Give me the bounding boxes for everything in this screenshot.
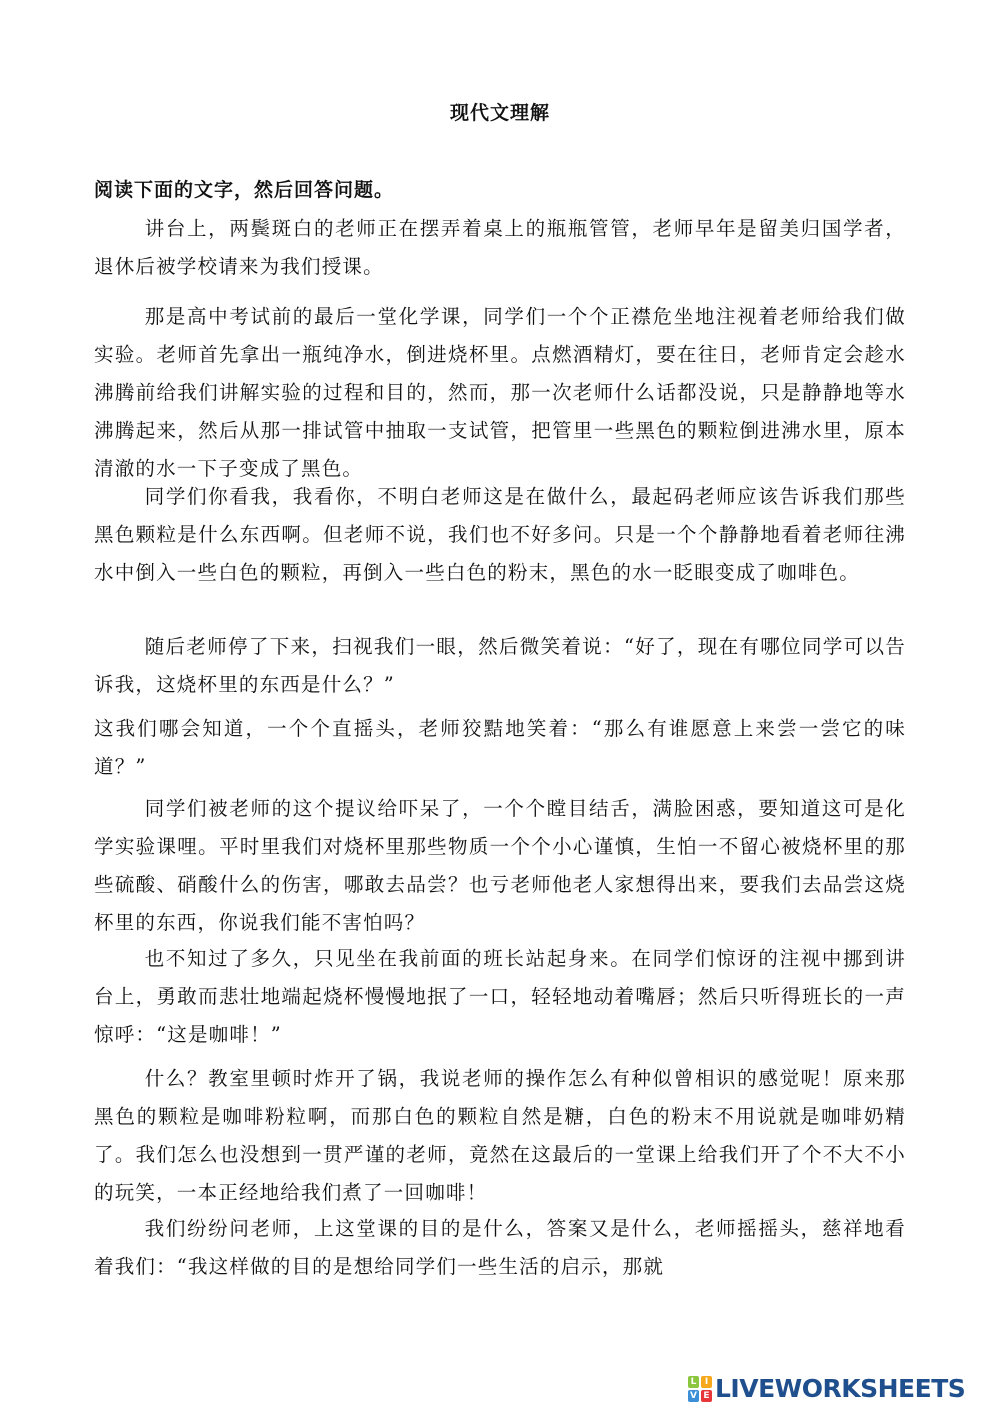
live-blocks-icon: L I V E	[688, 1376, 712, 1402]
logo-block-i: I	[701, 1376, 712, 1388]
logo-block-e: E	[701, 1390, 712, 1402]
paragraph-8: 什么？教室里顿时炸开了锅，我说老师的操作怎么有种似曾相识的感觉呢！原来那黑色的颗…	[94, 1060, 906, 1212]
paragraph-9: 我们纷纷问老师，上这堂课的目的是什么，答案又是什么，老师摇摇头，慈祥地看着我们：…	[94, 1210, 906, 1286]
document-title: 现代文理解	[94, 98, 906, 125]
liveworksheets-logo: L I V E LIVEWORKSHEETS	[688, 1374, 965, 1403]
paragraph-1: 讲台上，两鬓斑白的老师正在摆弄着桌上的瓶瓶管管，老师早年是留美归国学者，退休后被…	[94, 210, 906, 286]
logo-text: LIVEWORKSHEETS	[715, 1374, 965, 1403]
paragraph-6: 同学们被老师的这个提议给吓呆了，一个个瞠目结舌，满脸困惑，要知道这可是化学实验课…	[94, 790, 906, 942]
logo-block-l: L	[688, 1376, 699, 1388]
reading-instruction: 阅读下面的文字，然后回答问题。	[94, 175, 394, 202]
paragraph-5: 这我们哪会知道，一个个直摇头，老师狡黠地笑着：“那么有谁愿意上来尝一尝它的味道？…	[94, 710, 906, 786]
logo-block-v: V	[688, 1390, 699, 1402]
paragraph-7: 也不知过了多久，只见坐在我前面的班长站起身来。在同学们惊讶的注视中挪到讲台上，勇…	[94, 940, 906, 1054]
paragraph-4: 随后老师停了下来，扫视我们一眼，然后微笑着说：“好了，现在有哪位同学可以告诉我，…	[94, 628, 906, 704]
paragraph-3: 同学们你看我，我看你，不明白老师这是在做什么，最起码老师应该告诉我们那些黑色颗粒…	[94, 478, 906, 592]
paragraph-2: 那是高中考试前的最后一堂化学课，同学们一个个正襟危坐地注视着老师给我们做实验。老…	[94, 298, 906, 488]
